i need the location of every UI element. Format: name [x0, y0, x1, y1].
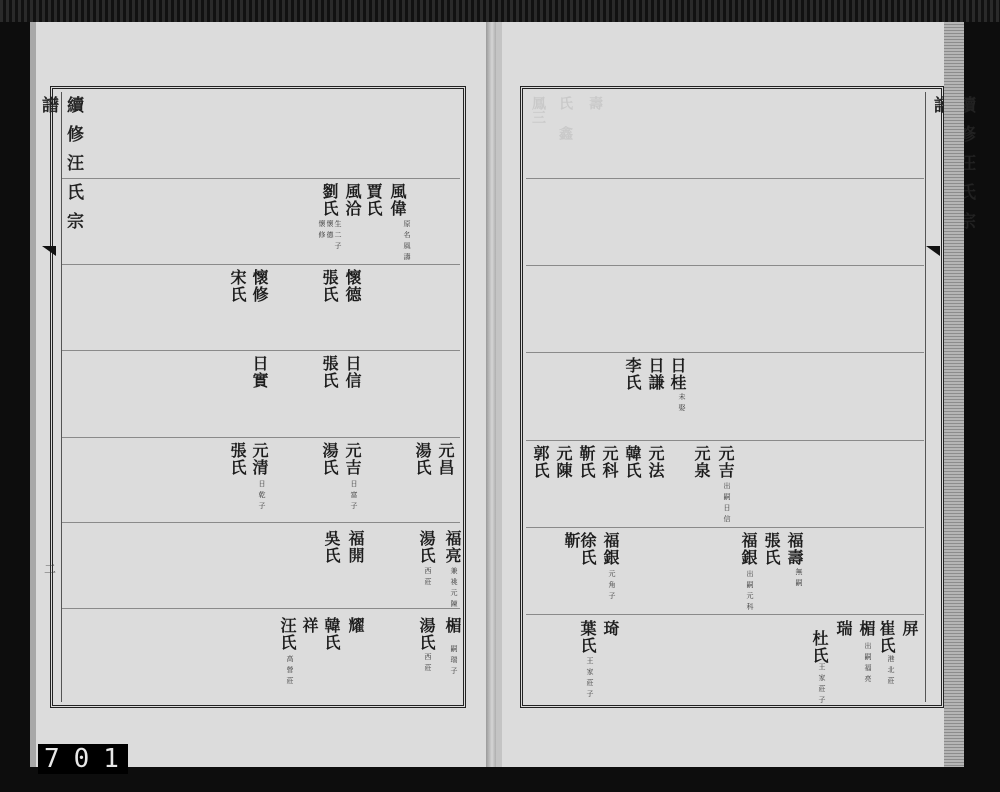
- entry-note: 原名風濤: [403, 220, 411, 264]
- entry-name: 杜氏: [810, 630, 828, 664]
- entry-name: 楣: [857, 620, 875, 637]
- entry-name: 耀: [346, 617, 364, 634]
- entry-name: 李氏: [623, 357, 641, 391]
- bleed-through-text: 鳳三: [528, 96, 548, 124]
- entry-name: 懷德: [343, 269, 361, 303]
- row-divider: [62, 608, 460, 609]
- left-page-number: 二: [44, 560, 56, 577]
- entry-name: 郭氏: [531, 445, 549, 479]
- entry-name: 元泉: [692, 445, 710, 479]
- entry-name: 張氏: [320, 269, 338, 303]
- entry-note: 未娶: [678, 393, 686, 415]
- entry-name: 懷修: [250, 269, 268, 303]
- entry-name: 湯氏: [413, 442, 431, 476]
- fold-mark-icon: [926, 246, 940, 256]
- entry-name: 湯氏: [417, 530, 435, 564]
- entry-name: 日信: [343, 355, 361, 389]
- entry-note: 出嗣日信: [723, 482, 731, 526]
- entry-name: 風洽: [343, 183, 361, 217]
- row-divider: [526, 527, 924, 528]
- row-divider: [526, 352, 924, 353]
- row-divider: [62, 437, 460, 438]
- entry-name: 靳氏: [577, 445, 595, 479]
- entry-name: 賈氏: [364, 183, 382, 217]
- entry-name: 葉氏: [578, 620, 596, 654]
- row-divider: [526, 178, 924, 179]
- entry-name: 汪氏: [278, 617, 296, 651]
- entry-name: 風偉: [388, 183, 406, 217]
- left-page-frame: [50, 86, 466, 708]
- row-divider: [62, 350, 460, 351]
- bleed-through-text: 氏 鑫: [555, 96, 575, 140]
- entry-note: 兼祧元陳: [450, 567, 458, 611]
- entry-name: 福開: [346, 530, 364, 564]
- entry-name: 元吉: [716, 445, 734, 479]
- entry-name: 日桂: [668, 357, 686, 391]
- entry-name: 吳氏: [322, 530, 340, 564]
- row-divider: [526, 440, 924, 441]
- entry-name: 宋氏: [228, 269, 246, 303]
- entry-note: 西莊: [424, 567, 432, 589]
- entry-name: 元清: [250, 442, 268, 476]
- entry-name: 楣: [443, 617, 461, 634]
- row-divider: [62, 178, 460, 179]
- entry-name: 崔氏: [877, 620, 895, 654]
- left-page-title: 續修汪氏宗譜: [36, 96, 86, 246]
- row-divider: [62, 264, 460, 265]
- entry-note: 高營莊: [286, 655, 294, 688]
- entry-name: 元陳: [554, 445, 572, 479]
- entry-note: 港北莊: [887, 655, 895, 688]
- entry-name: 元法: [646, 445, 664, 479]
- entry-name: 張氏: [228, 442, 246, 476]
- row-divider: [62, 522, 460, 523]
- entry-note: 元角子: [608, 570, 616, 603]
- entry-name: 琦: [601, 620, 619, 637]
- entry-name: 張氏: [762, 532, 780, 566]
- entry-name: 福壽: [785, 532, 803, 566]
- entry-note: 西莊: [424, 653, 432, 675]
- entry-name: 靳: [562, 532, 580, 549]
- entry-name: 福銀: [739, 532, 757, 566]
- entry-name: 劉氏: [320, 183, 338, 217]
- entry-name: 湯氏: [417, 617, 435, 651]
- entry-name: 日謙: [646, 357, 664, 391]
- entry-name: 張氏: [320, 355, 338, 389]
- entry-name: 元科: [600, 445, 618, 479]
- entry-note: 王家莊子: [818, 663, 826, 707]
- entry-name: 元吉: [343, 442, 361, 476]
- entry-note: 生二子 懷德 懷修: [318, 220, 342, 264]
- row-divider: [526, 265, 924, 266]
- entry-name: 福亮: [443, 530, 461, 564]
- entry-name: 湯氏: [320, 442, 338, 476]
- entry-name: 日實: [250, 355, 268, 389]
- bleed-through-text: 壽: [585, 96, 605, 110]
- book-edge-right: [944, 22, 964, 767]
- entry-note: 無嗣: [795, 568, 803, 590]
- scanner-top-strip: [0, 0, 1000, 22]
- entry-name: 瑞: [834, 620, 852, 637]
- row-divider: [526, 614, 924, 615]
- entry-note: 出嗣元科: [746, 570, 754, 614]
- entry-name: 元昌: [436, 442, 454, 476]
- entry-name: 屏: [900, 620, 918, 637]
- right-title-column-divider: [924, 92, 926, 702]
- entry-note: 嗣瑞子: [450, 645, 458, 678]
- entry-name: 韓氏: [623, 445, 641, 479]
- entry-note: 日乾子: [258, 480, 266, 513]
- entry-note: 日富子: [350, 480, 358, 513]
- entry-note: 出嗣福亮: [864, 642, 872, 686]
- entry-name: 祥: [300, 617, 318, 634]
- entry-name: 福銀: [601, 532, 619, 566]
- entry-note: 王家莊子: [586, 657, 594, 701]
- microfilm-frame-number: 701: [38, 744, 128, 774]
- fold-mark-icon: [42, 246, 56, 256]
- entry-name: 韓氏: [322, 617, 340, 651]
